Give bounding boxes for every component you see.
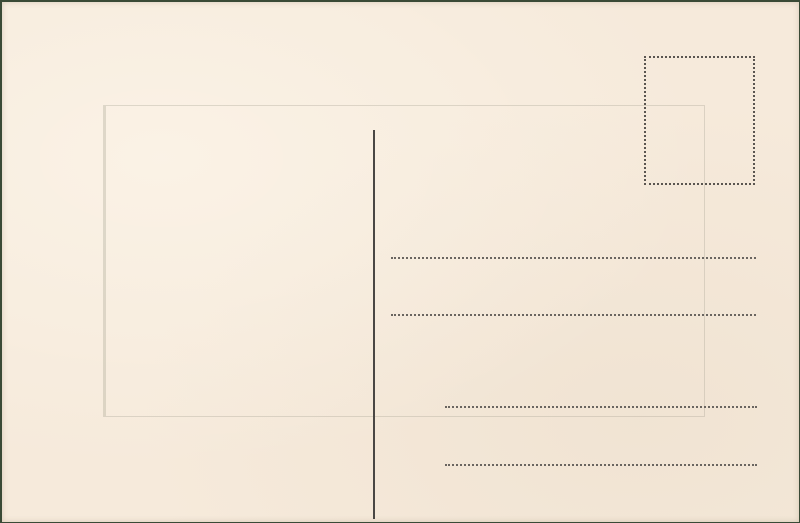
address-line-1 <box>391 257 756 259</box>
show-through-image-border <box>103 105 705 417</box>
stamp-box <box>644 56 755 185</box>
postcard-back <box>2 2 799 522</box>
center-divider-line <box>373 130 375 519</box>
address-line-3 <box>445 406 757 408</box>
address-line-2 <box>391 314 756 316</box>
address-line-4 <box>445 464 757 466</box>
